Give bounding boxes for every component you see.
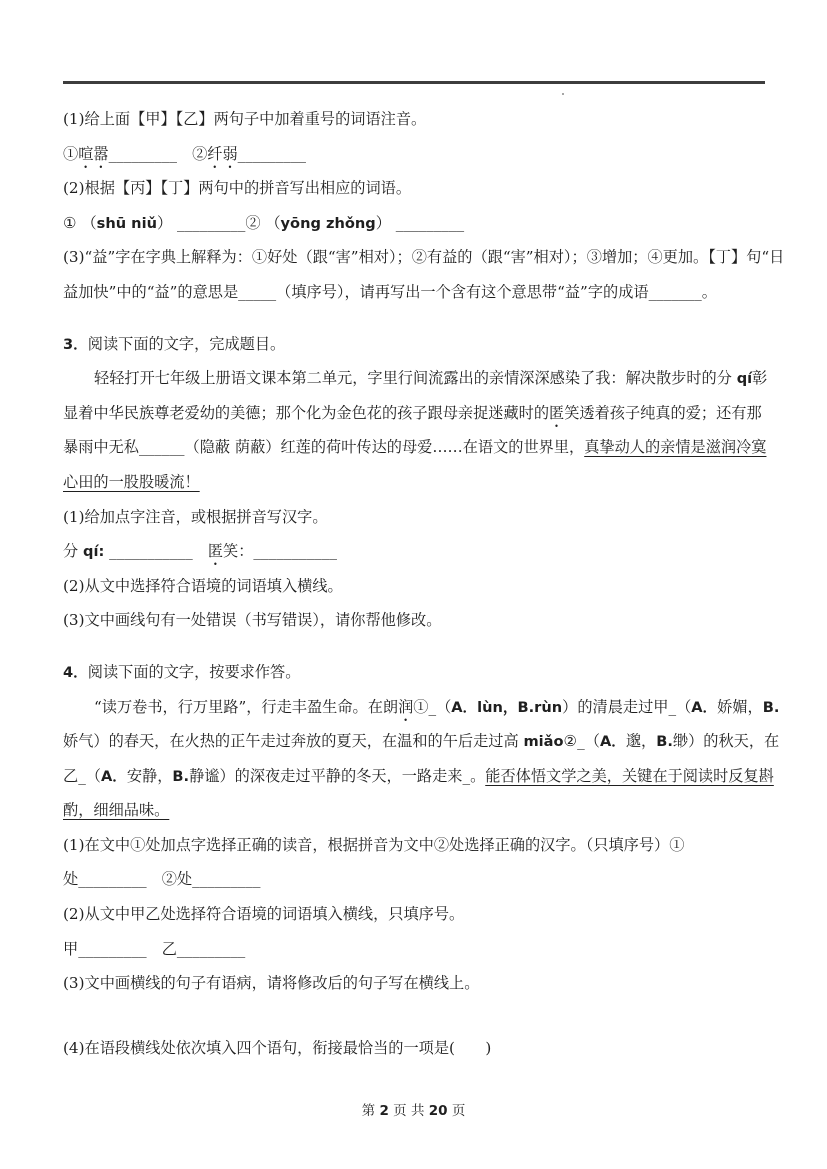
text-line: 酌，细细品味。 — [63, 793, 765, 828]
text-segment: _________ — [238, 145, 306, 163]
text-segment: 笑透着孩子纯真的爱；还有那 — [564, 404, 761, 422]
bold-text: A． — [600, 733, 626, 750]
text-segment: (2)根据【丙】【丁】两句中的拼音写出相应的词语。 — [63, 179, 411, 197]
text-segment: 邈， — [626, 732, 656, 750]
emphasized-text: 润 — [398, 698, 413, 716]
text-segment: (1)给上面【甲】【乙】两句子中加着重号的词语注音。 — [63, 110, 426, 128]
text-line: 轻轻打开七年级上册语文课本第二单元，字里行间流露出的亲情深深感染了我：解决散步时… — [63, 361, 765, 396]
text-segment: ）的清晨走过甲_（ — [562, 698, 691, 716]
text-segment: 分 — [63, 542, 83, 560]
underlined-text: 酌，细细品味。 — [63, 801, 169, 819]
text-line: 处_________ ②处_________ — [63, 862, 765, 897]
bold-text: 4． — [63, 664, 88, 681]
text-line: (3)文中画横线的句子有语病，请将修改后的句子写在横线上。 — [63, 966, 765, 1001]
bold-text: yōng zhǒng — [281, 215, 376, 232]
text-segment: 页 — [448, 1103, 466, 1119]
text-line: “读万卷书，行万里路”，行走丰盈生命。在朗润①_（A．lùn，B.rùn）的清晨… — [63, 690, 765, 725]
bold-text: miǎo — [523, 733, 563, 750]
text-segment: 显着中华民族尊老爱幼的美德；那个化为金色花的孩子跟母亲捉迷藏时的 — [63, 404, 549, 422]
text-line: 分 qí: ___________ 匿笑：___________ — [63, 534, 765, 569]
text-line: (1)在文中①处加点字选择正确的读音，根据拼音为文中②处选择正确的汉字。（只填序… — [63, 828, 765, 863]
bold-text: qí: — [83, 543, 104, 560]
text-segment: ___________ — [104, 542, 208, 560]
text-segment: (4)在语段横线处依次填入四个语句，衔接最恰当的一项是( ) — [63, 1039, 491, 1057]
bold-text: A． — [101, 768, 127, 785]
text-line: (1)给加点字注音，或根据拼音写汉字。 — [63, 500, 765, 535]
text-segment: ） _________② （ — [157, 214, 281, 232]
text-line: ①喧嚣_________ ②纤弱_________ — [63, 137, 765, 172]
bold-text: B. — [763, 699, 780, 716]
text-line: ① （shū niǔ） _________② （yōng zhǒng） ____… — [63, 206, 765, 241]
text-line: (4)在语段横线处依次填入四个语句，衔接最恰当的一项是( ) — [63, 1031, 765, 1066]
text-segment: 第 — [362, 1103, 380, 1119]
text-segment: 暴雨中无私______（隐蔽 荫蔽）红莲的荷叶传达的母爱……在语文的世界里， — [63, 438, 584, 456]
text-segment: ① — [63, 145, 78, 163]
text-segment: 笑：___________ — [223, 542, 337, 560]
text-segment: (1)给加点字注音，或根据拼音写汉字。 — [63, 508, 328, 526]
text-line: (3)文中画线句有一处错误（书写错误），请你帮他修改。 — [63, 603, 765, 638]
text-segment: 娇媚， — [717, 698, 763, 716]
text-segment: 阅读下面的文字，按要求作答。 — [88, 663, 301, 681]
text-segment: (1)在文中①处加点字选择正确的读音，根据拼音为文中②处选择正确的汉字。（只填序… — [63, 836, 684, 854]
text-line: (1)给上面【甲】【乙】两句子中加着重号的词语注音。 — [63, 102, 765, 137]
text-line: (3)“益”字在字典上解释为：①好处（跟“害”相对）；②有益的（跟“害”相对）；… — [63, 240, 765, 275]
text-segment: (3)“益”字在字典上解释为：①好处（跟“害”相对）；②有益的（跟“害”相对）；… — [63, 248, 784, 266]
text-line: 益加快”中的“益”的意思是_____（填序号），请再写出一个含有这个意思带“益”… — [63, 275, 765, 310]
text-line: 娇气）的春天，在火热的正午走过奔放的夏天，在温和的午后走过高 miǎo②_（A．… — [63, 724, 765, 759]
text-line: 显着中华民族尊老爱幼的美德；那个化为金色花的孩子跟母亲捉迷藏时的匿笑透着孩子纯真… — [63, 396, 765, 431]
text-segment: 乙_（ — [63, 767, 101, 785]
text-segment: (3)文中画线句有一处错误（书写错误），请你帮他修改。 — [63, 611, 441, 629]
text-segment: 缈）的秋天，在 — [673, 732, 779, 750]
text-line: 甲_________ 乙_________ — [63, 932, 765, 967]
text-segment: (2)从文中甲乙处选择符合语境的词语填入横线，只填序号。 — [63, 905, 464, 923]
bold-text: shū niǔ — [97, 215, 157, 232]
underlined-text: 能否体悟文学之美，关键在于阅读时反复斟 — [485, 767, 774, 785]
text-line: 3．阅读下面的文字，完成题目。 — [63, 327, 765, 362]
text-segment: “读万卷书，行万里路”，行走丰盈生命。在朗 — [94, 698, 398, 716]
text-segment: ①_（ — [413, 698, 451, 716]
page-footer: 第 2 页 共 20 页 — [0, 1101, 827, 1121]
bold-text: 3． — [63, 336, 88, 353]
header-rule — [63, 81, 765, 84]
emphasized-text: 匿 — [208, 542, 223, 560]
text-segment: 娇气）的春天，在火热的正午走过奔放的夏天，在温和的午后走过高 — [63, 732, 523, 750]
text-segment: 彰 — [752, 369, 767, 387]
text-segment: 轻轻打开七年级上册语文课本第二单元，字里行间流露出的亲情深深感染了我：解决散步时… — [94, 369, 737, 387]
text-segment: (2)从文中选择符合语境的词语填入横线。 — [63, 577, 343, 595]
text-segment: 处_________ ②处_________ — [63, 870, 260, 888]
text-line: 4．阅读下面的文字，按要求作答。 — [63, 655, 765, 690]
bold-text: 20 — [429, 1103, 448, 1119]
underlined-text: 心田的一股股暖流！ — [63, 473, 200, 491]
exam-page: (1)给上面【甲】【乙】两句子中加着重号的词语注音。①喧嚣_________ ②… — [0, 0, 827, 1169]
text-line: 乙_（A．安静，B.静谧）的深夜走过平静的冬天，一路走来_。能否体悟文学之美，关… — [63, 759, 765, 794]
text-segment: (3)文中画横线的句子有语病，请将修改后的句子写在横线上。 — [63, 974, 479, 992]
text-segment: 静谧）的深夜走过平静的冬天，一路走来_。 — [189, 767, 485, 785]
text-segment: _________ ② — [109, 145, 208, 163]
emphasized-text: 匿 — [549, 404, 564, 422]
text-line: 暴雨中无私______（隐蔽 荫蔽）红莲的荷叶传达的母爱……在语文的世界里，真挚… — [63, 430, 765, 465]
text-line: (2)根据【丙】【丁】两句中的拼音写出相应的词语。 — [63, 171, 765, 206]
bold-text: qí — [737, 370, 752, 387]
text-segment: 甲_________ 乙_________ — [63, 940, 245, 958]
text-line: (2)从文中甲乙处选择符合语境的词语填入横线，只填序号。 — [63, 897, 765, 932]
text-segment: ① （ — [63, 214, 97, 232]
bold-text: B. — [172, 768, 189, 785]
bold-text: 2 — [379, 1103, 388, 1119]
bold-text: A． — [691, 699, 717, 716]
text-segment: 安静， — [127, 767, 173, 785]
text-line: (2)从文中选择符合语境的词语填入横线。 — [63, 569, 765, 604]
text-segment: ②_（ — [564, 732, 600, 750]
emphasized-text: 喧嚣 — [78, 145, 108, 163]
text-segment: 益加快”中的“益”的意思是_____（填序号），请再写出一个含有这个意思带“益”… — [63, 283, 717, 301]
emphasized-text: 纤弱 — [207, 145, 237, 163]
underlined-text: 真挚动人的亲情是滋润冷寞 — [584, 438, 766, 456]
bold-text: A．lùn，B.rùn — [451, 699, 562, 716]
text-segment: 阅读下面的文字，完成题目。 — [88, 335, 285, 353]
page-content: (1)给上面【甲】【乙】两句子中加着重号的词语注音。①喧嚣_________ ②… — [63, 0, 765, 1065]
text-line: 心田的一股股暖流！ — [63, 465, 765, 500]
text-segment: ） _________ — [376, 214, 464, 232]
document-body: (1)给上面【甲】【乙】两句子中加着重号的词语注音。①喧嚣_________ ②… — [63, 102, 765, 1065]
bold-text: B. — [656, 733, 673, 750]
text-segment: 页 共 — [389, 1103, 429, 1119]
